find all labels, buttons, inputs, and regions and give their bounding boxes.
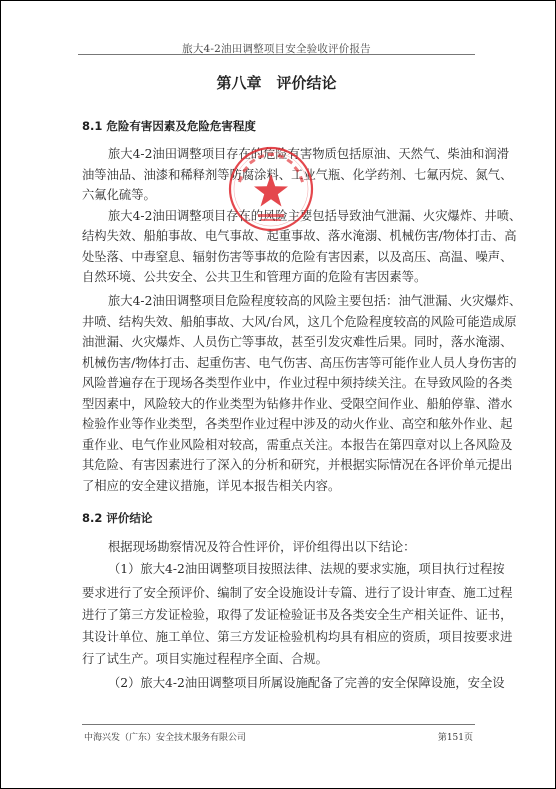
paragraph-line: 油泄漏、火灾爆炸、人员伤亡等事故，甚至引发灾难性后果。同时，落水淹溺、 (82, 334, 473, 350)
paragraph-line: 机械伤害/物体打击、起重伤害、电气伤害、高压伤害等可能作业人员人身伤害的 (82, 355, 473, 371)
paragraph-line: 进行了第三方发证检验，取得了发证检验证书及各类安全生产相关证件、证书， (82, 607, 473, 623)
paragraph-line: 重作业、电气作业风险相对较高，需重点关注。本报告在第四章对以上各风险及 (82, 437, 473, 453)
paragraph-line: 根据现场勘察情况及符合性评价，评价组得出以下结论： (108, 539, 473, 555)
paragraph-line: 旅大4-2油田调整项目危险程度较高的风险主要包括：油气泄漏、火灾爆炸、 (108, 293, 473, 309)
header-rule (78, 54, 475, 55)
chapter-title: 第八章 评价结论 (78, 72, 475, 93)
section-heading-8-1: 8.1 危险有害因素及危险危害程度 (82, 118, 256, 134)
paragraph-line: 检验作业等作业类型，各类型作业过程中涉及的动火作业、高空和舷外作业、起 (82, 416, 473, 432)
paragraph-line: 要求进行了安全预评价、编制了安全设施设计专篇、进行了设计审查、施工过程 (82, 585, 473, 601)
paragraph-line: 其设计单位、施工单位、第三方发证检验机构均具有相应的资质，项目按要求进 (82, 629, 473, 645)
paragraph-line: 旅大4-2油田调整项目存在的风险主要包括导致油气泄漏、火灾爆炸、井喷、 (108, 208, 473, 224)
paragraph-line: 其危险、有害因素进行了深入的分析和研究，并根据实际情况在各评价单元提出 (82, 457, 473, 473)
paragraph-line: （1）旅大4-2油田调整项目按照法律、法规的要求实施，项目执行过程按 (108, 561, 473, 577)
paragraph-line: 处坠落、中毒窒息、辐射伤害等事故的危险有害因素，以及高压、高温、噪声、 (82, 249, 473, 265)
paragraph-line: 型因素中，风险较大的作业类型为钻修井作业、受限空间作业、船舶停靠、潜水 (82, 396, 473, 412)
paragraph-line: 旅大4-2油田调整项目存在的危险有害物质包括原油、天然气、柴油和润滑 (108, 146, 473, 162)
footer-company: 中海兴发（广东）安全技术服务有限公司 (84, 730, 246, 743)
paragraph-line: （2）旅大4-2油田调整项目所属设施配备了完善的安全保障设施，安全设 (108, 675, 473, 691)
paragraph-line: 油等油品、油漆和稀释剂等防腐涂料、工业气瓶、化学药剂、七氟丙烷、氮气、 (82, 167, 473, 183)
paragraph-line: 自然环境、公共安全、公共卫生和管理方面的危险有害因素等。 (82, 269, 473, 285)
footer-rule (82, 724, 475, 725)
footer-page-number: 第151页 (438, 730, 473, 743)
paragraph-line: 结构失效、船舶事故、电气事故、起重事故、落水淹溺、机械伤害/物体打击、高 (82, 228, 473, 244)
paragraph-line: 了相应的安全建议措施，详见本报告相关内容。 (82, 478, 473, 494)
section-heading-8-2: 8.2 评价结论 (82, 510, 152, 526)
paragraph-line: 行了试生产。项目实施过程程序全面、合规。 (82, 651, 473, 667)
paragraph-line: 井喷、结构失效、船舶事故、大风/台风，这几个危险程度较高的风险可能造成原 (82, 314, 473, 330)
paragraph-line: 六氟化硫等。 (82, 187, 473, 203)
document-page: 旅大4-2油田调整项目安全验收评价报告 第八章 评价结论 8.1 危险有害因素及… (0, 0, 556, 789)
paragraph-line: 风险普遍存在于现场各类型作业中，作业过程中须持续关注。在导致风险的各类 (82, 375, 473, 391)
